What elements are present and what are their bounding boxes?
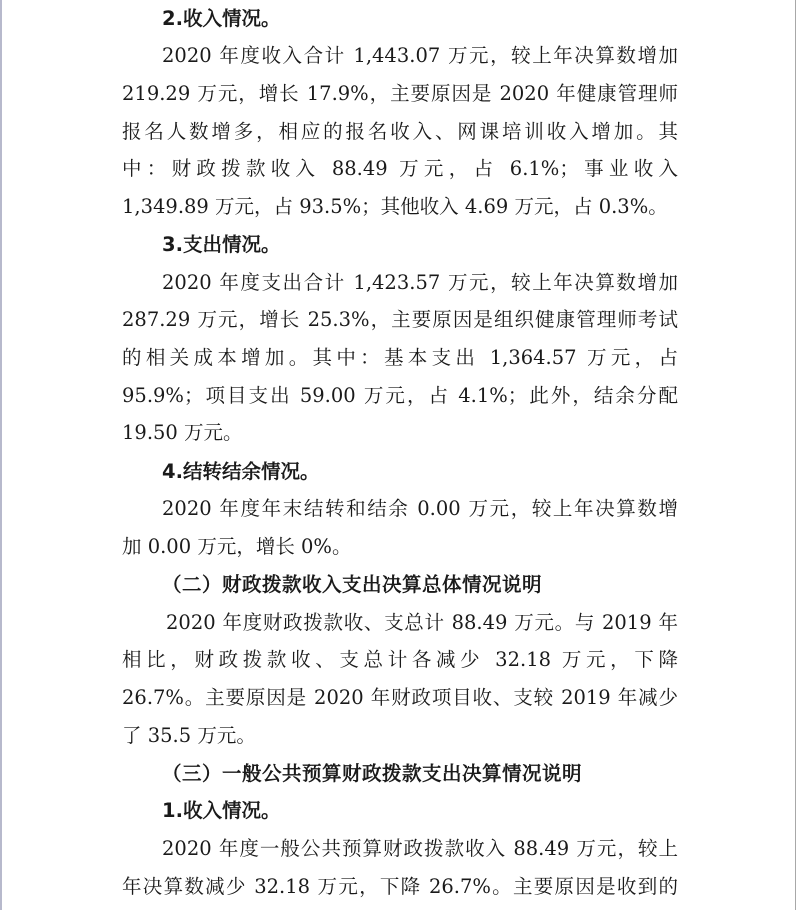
- paragraph-line: 中：财政拨款收入 88.49 万元，占 6.1%；事业收入: [122, 150, 678, 188]
- paragraph-line: 2020 年度一般公共预算财政拨款收入 88.49 万元，较上: [122, 830, 678, 868]
- paragraph-line: 219.29 万元，增长 17.9%，主要原因是 2020 年健康管理师: [122, 75, 678, 113]
- paragraph-line: 年决算数减少 32.18 万元，下降 26.7%。主要原因是收到的: [122, 868, 678, 906]
- paragraph-line: 了 35.5 万元。: [122, 717, 678, 755]
- subheading-general-income: 1.收入情况。: [122, 792, 678, 830]
- subheading-carryover: 4.结转结余情况。: [122, 453, 678, 491]
- paragraph-line: 加 0.00 万元，增长 0%。: [122, 528, 678, 566]
- paragraph-line: 2020 年度支出合计 1,423.57 万元，较上年决算数增加: [122, 264, 678, 302]
- section-heading-fiscal-overview: （二）财政拨款收入支出决算总体情况说明: [122, 566, 678, 604]
- paragraph-line: 2020 年度财政拨款收、支总计 88.49 万元。与 2019 年: [122, 604, 678, 642]
- paragraph-line: 2020 年度年末结转和结余 0.00 万元，较上年决算数增: [122, 490, 678, 528]
- paragraph-line: 的相关成本增加。其中：基本支出 1,364.57 万元，占: [122, 339, 678, 377]
- paragraph-line: 2020 年度收入合计 1,443.07 万元，较上年决算数增加: [122, 37, 678, 75]
- paragraph-line: 报名人数增多，相应的报名收入、网课培训收入增加。其: [122, 113, 678, 151]
- paragraph-line: 95.9%；项目支出 59.00 万元，占 4.1%；此外，结余分配: [122, 377, 678, 415]
- paragraph-line: 26.7%。主要原因是 2020 年财政项目收、支较 2019 年减少: [122, 679, 678, 717]
- subheading-income: 2.收入情况。: [122, 0, 678, 38]
- paragraph-line: 287.29 万元，增长 25.3%，主要原因是组织健康管理师考试: [122, 301, 678, 339]
- document-page: 2.收入情况。 2020 年度收入合计 1,443.07 万元，较上年决算数增加…: [0, 0, 796, 910]
- paragraph-line: 19.50 万元。: [122, 414, 678, 452]
- paragraph-line: 相比，财政拨款收、支总计各减少 32.18 万元，下降: [122, 641, 678, 679]
- subheading-expenditure: 3.支出情况。: [122, 226, 678, 264]
- section-heading-general-budget: （三）一般公共预算财政拨款支出决算情况说明: [122, 755, 678, 793]
- paragraph-line: 1,349.89 万元，占 93.5%；其他收入 4.69 万元，占 0.3%。: [122, 188, 678, 226]
